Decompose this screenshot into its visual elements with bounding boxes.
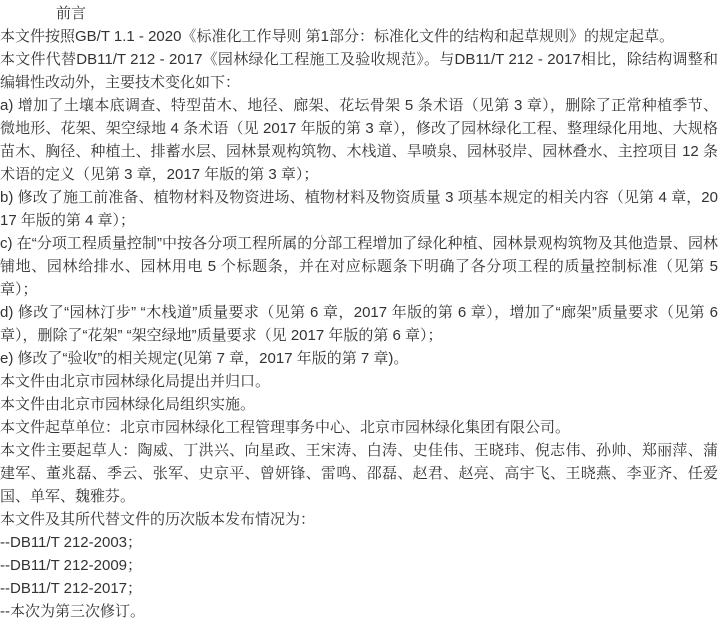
para-history-intro: 本文件及其所代替文件的历次版本发布情况为： <box>0 508 718 531</box>
para-history-2003: --DB11/T 212-2003； <box>0 531 718 554</box>
para-change-d: d) 修改了“园林汀步” “木栈道”质量要求（见第 6 章，2017 年版的第 … <box>0 301 718 347</box>
para-change-b: b) 修改了施工前准备、植物材料及物资进场、植物材料及物资质量 3 项基本规定的… <box>0 186 718 232</box>
para-revision-note: --本次为第三次修订。 <box>0 600 718 623</box>
para-history-2009: --DB11/T 212-2009； <box>0 554 718 577</box>
para-change-c: c) 在“分项工程质量控制”中按各分项工程所属的分部工程增加了绿化种植、园林景观… <box>0 232 718 301</box>
para-proposed-by: 本文件由北京市园林绿化局提出并归口。 <box>0 370 718 393</box>
para-drafting-basis: 本文件按照GB/T 1.1 - 2020《标准化工作导则 第1部分：标准化文件的… <box>0 25 718 48</box>
document-page: 前言 本文件按照GB/T 1.1 - 2020《标准化工作导则 第1部分：标准化… <box>0 0 718 623</box>
para-drafting-organizations: 本文件起草单位：北京市园林绿化工程管理事务中心、北京市园林绿化集团有限公司。 <box>0 416 718 439</box>
para-change-a: a) 增加了土壤本底调查、特型苗木、地径、廊架、花坛骨架 5 条术语（见第 3 … <box>0 94 718 186</box>
para-implemented-by: 本文件由北京市园林绿化局组织实施。 <box>0 393 718 416</box>
para-replacement-statement: 本文件代替DB11/T 212 - 2017《园林绿化工程施工及验收规范》。与D… <box>0 48 718 94</box>
para-change-e: e) 修改了“验收”的相关规定(见第 7 章，2017 年版的第 7 章)。 <box>0 347 718 370</box>
para-history-2017: --DB11/T 212-2017； <box>0 577 718 600</box>
document-title: 前言 <box>0 2 718 25</box>
para-main-drafters: 本文件主要起草人：陶威、丁洪兴、向星政、王宋涛、白涛、史佳伟、王晓玮、倪志伟、孙… <box>0 439 718 508</box>
